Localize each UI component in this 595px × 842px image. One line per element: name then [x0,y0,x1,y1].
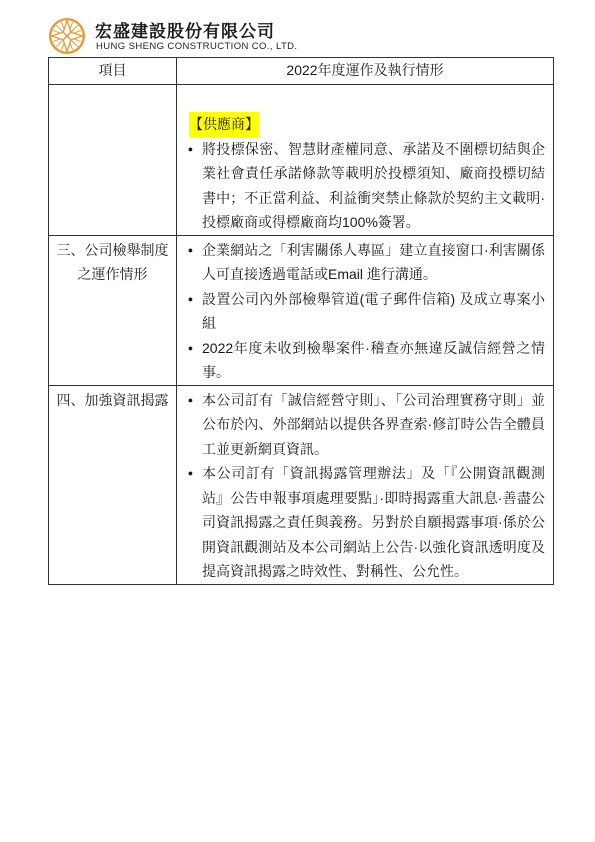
bullet-text: 本公司訂有「誠信經營守則」、「公司治理實務守則」並公布於內、外部網站以提供各界查… [202,388,545,462]
item-label-line1: 三、公司檢舉制度 [49,238,176,263]
table-row: 三、公司檢舉制度 之運作情形 ● 企業網站之「利害關係人專區」建立直接窗口·利害… [49,235,554,385]
report-table: 項目 2022年度運作及執行情形 【供應商】 ● 將投標保密、智慧財產權同意、承… [48,57,554,585]
bullet-text: 2022年度未收到檢舉案件·稽查亦無違反誠信經營之情事。 [202,336,545,385]
column-header-status: 2022年度運作及執行情形 [177,58,554,85]
company-name-en: HUNG SHENG CONSTRUCTION CO., LTD. [96,41,297,52]
document-page: 宏盛建設股份有限公司 HUNG SHENG CONSTRUCTION CO., … [0,0,595,842]
item-cell-empty [49,85,177,236]
supplier-heading-highlight: 【供應商】 [189,112,259,137]
list-item: ● 設置公司內外部檢舉管道(電子郵件信箱) 及成立專案小組 [179,287,545,336]
bullet-icon: ● [179,137,202,162]
bullet-icon: ● [179,238,202,263]
status-cell: 【供應商】 ● 將投標保密、智慧財產權同意、承諾及不圍標切結與企業社會責任承諾條… [177,85,554,236]
table-header-row: 項目 2022年度運作及執行情形 [49,58,554,85]
bullet-icon: ● [179,336,202,361]
list-item: ● 本公司訂有「資訊揭露管理辦法」及「『公開資訊觀測站』公告申報事項處理要點」·… [179,461,545,584]
table-row: 四、加強資訊揭露 ● 本公司訂有「誠信經營守則」、「公司治理實務守則」並公布於內… [49,385,554,584]
supplier-heading-line: 【供應商】 [179,112,545,137]
list-item: ● 本公司訂有「誠信經營守則」、「公司治理實務守則」並公布於內、外部網站以提供各… [179,388,545,462]
column-header-item: 項目 [49,58,177,85]
item-label-line2: 之運作情形 [49,262,176,287]
item-cell: 三、公司檢舉制度 之運作情形 [49,235,177,385]
status-cell: ● 企業網站之「利害關係人專區」建立直接窗口·利害關係人可直接透過電話或Emai… [177,235,554,385]
bullet-text: 本公司訂有「資訊揭露管理辦法」及「『公開資訊觀測站』公告申報事項處理要點」·即時… [202,461,545,584]
list-item: ● 企業網站之「利害關係人專區」建立直接窗口·利害關係人可直接透過電話或Emai… [179,238,545,287]
table-row: 【供應商】 ● 將投標保密、智慧財產權同意、承諾及不圍標切結與企業社會責任承諾條… [49,85,554,236]
status-cell: ● 本公司訂有「誠信經營守則」、「公司治理實務守則」並公布於內、外部網站以提供各… [177,385,554,584]
bullet-icon: ● [179,287,202,312]
bullet-text: 企業網站之「利害關係人專區」建立直接窗口·利害關係人可直接透過電話或Email … [202,238,545,287]
item-label-line1: 四、加強資訊揭露 [49,388,176,413]
list-item: ● 2022年度未收到檢舉案件·稽查亦無違反誠信經營之情事。 [179,336,545,385]
empty-line [179,87,545,112]
bullet-icon: ● [179,388,202,413]
list-item: ● 將投標保密、智慧財產權同意、承諾及不圍標切結與企業社會責任承諾條款等載明於投… [179,137,545,235]
item-cell: 四、加強資訊揭露 [49,385,177,584]
bullet-text: 將投標保密、智慧財產權同意、承諾及不圍標切結與企業社會責任承諾條款等載明於投標須… [202,137,545,235]
bullet-text: 設置公司內外部檢舉管道(電子郵件信箱) 及成立專案小組 [202,287,545,336]
company-logo-icon [48,17,86,55]
company-name-zh: 宏盛建設股份有限公司 [95,17,275,42]
bullet-icon: ● [179,461,202,486]
